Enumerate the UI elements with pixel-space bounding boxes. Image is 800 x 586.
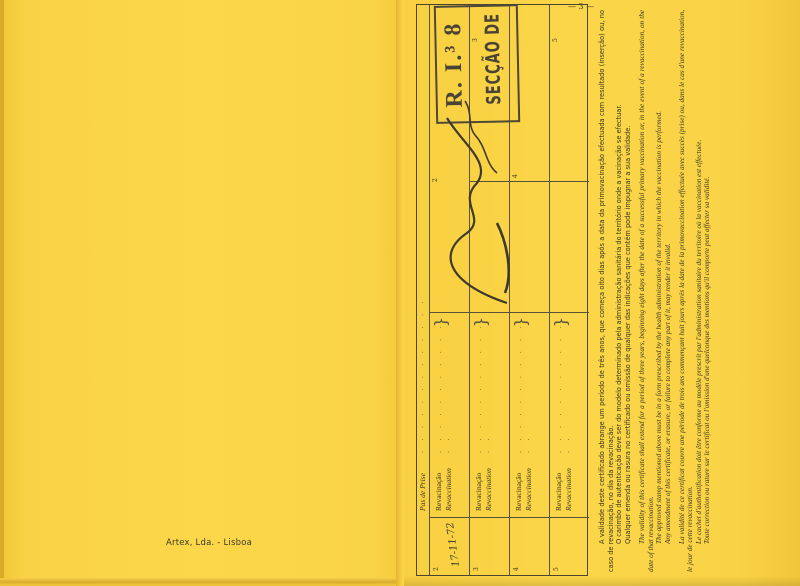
- signature-scrawl: [427, 93, 517, 313]
- label-english: Revaccination: [484, 453, 494, 511]
- note-en-amendment: Any amendment of this certificate, or er…: [664, 10, 672, 572]
- column-divider: [550, 181, 589, 182]
- label-english: Revaccination: [564, 453, 574, 511]
- label-portuguese: Revacinação: [434, 453, 444, 511]
- printer-imprint: Artex, Lda. - Lisboa: [0, 538, 398, 548]
- revaccination-table: Pas de Prise . . . . . . . . . . . . . 2…: [416, 4, 588, 576]
- dotted-leader: . . . . . . . . . . . . . }: [430, 313, 469, 453]
- label-english: Revaccination: [444, 453, 454, 511]
- note-pt-stamp: O carimbo de autenticação deve ser do mo…: [615, 10, 624, 572]
- brace-icon: }: [554, 313, 568, 327]
- note-pt-validity: A validade deste certificado abrange um …: [598, 10, 615, 572]
- row-label-cell: Revacinação Revaccination: [550, 453, 589, 517]
- page-bottom-shadow: [404, 576, 800, 586]
- row-number-cell: 3: [470, 517, 509, 575]
- left-page-bottom-edge: [0, 578, 398, 586]
- dotted-leader: . . . . . . . . . . . . . }: [510, 313, 549, 453]
- label-english: Revaccination: [524, 453, 534, 511]
- row-label-cell: Revacinação Revaccination: [510, 453, 549, 517]
- dotted-leader: . . . . . . . . . . . . .: [417, 297, 425, 453]
- row-number-cell: 2 17-11-72: [430, 517, 469, 575]
- signature-area: 5: [550, 3, 589, 313]
- stamp-section-text: SECÇÃO DE: [482, 13, 506, 105]
- note-en-validity: The validity of this certificate shall e…: [638, 10, 655, 572]
- row-label-cell: Revacinação Revaccination: [470, 453, 509, 517]
- label-portuguese: Revacinação: [474, 453, 484, 511]
- note-fr-stamp: Le cachet d'authentification doit être c…: [695, 10, 703, 572]
- row-number-cell: 5: [550, 517, 589, 575]
- brace-icon: }: [474, 313, 488, 327]
- label-portuguese: Revacinação: [514, 453, 524, 511]
- rotated-page-content: Pas de Prise . . . . . . . . . . . . . 2…: [404, 0, 800, 586]
- dotted-leader: . . . . . . . . . . . . . }: [550, 313, 589, 453]
- brace-icon: }: [434, 313, 448, 327]
- row-number: 2: [433, 567, 440, 571]
- right-page: — 3 — Pas de Prise . . . . . . . . . . .…: [404, 0, 800, 586]
- row-number: 4: [513, 567, 520, 571]
- row-label-cell: Revacinação Revaccination: [430, 453, 469, 517]
- left-page: Artex, Lda. - Lisboa: [0, 0, 398, 586]
- pas-de-prise-label: Pas de Prise: [418, 473, 427, 511]
- note-fr-validity: La validité de ce certificat couvre une …: [678, 10, 695, 572]
- table-row: 5 Revacinação Revaccination . . . . . . …: [549, 5, 589, 575]
- row-number-cell: 4: [510, 517, 549, 575]
- left-page-edge: [0, 0, 4, 586]
- note-en-stamp: The approved stamp mentioned above must …: [655, 10, 663, 572]
- booklet-spread: Artex, Lda. - Lisboa — 3 — Pas de Prise …: [0, 0, 800, 586]
- subcell-number: 5: [552, 38, 559, 42]
- note-fr-amendment: Toute correction ou rature sur le certif…: [703, 10, 711, 572]
- row-number: 5: [553, 567, 560, 571]
- row-number: 3: [473, 567, 480, 571]
- label-portuguese: Revacinação: [554, 453, 564, 511]
- certificate-notes: A validade deste certificado abrange um …: [598, 10, 712, 572]
- brace-icon: }: [514, 313, 528, 327]
- dotted-leader: . . . . . . . . . . . . . }: [470, 313, 509, 453]
- handwritten-date: 17-11-72: [445, 522, 462, 568]
- note-pt-amendment: Qualquer emenda ou rasura no certificado…: [624, 10, 633, 572]
